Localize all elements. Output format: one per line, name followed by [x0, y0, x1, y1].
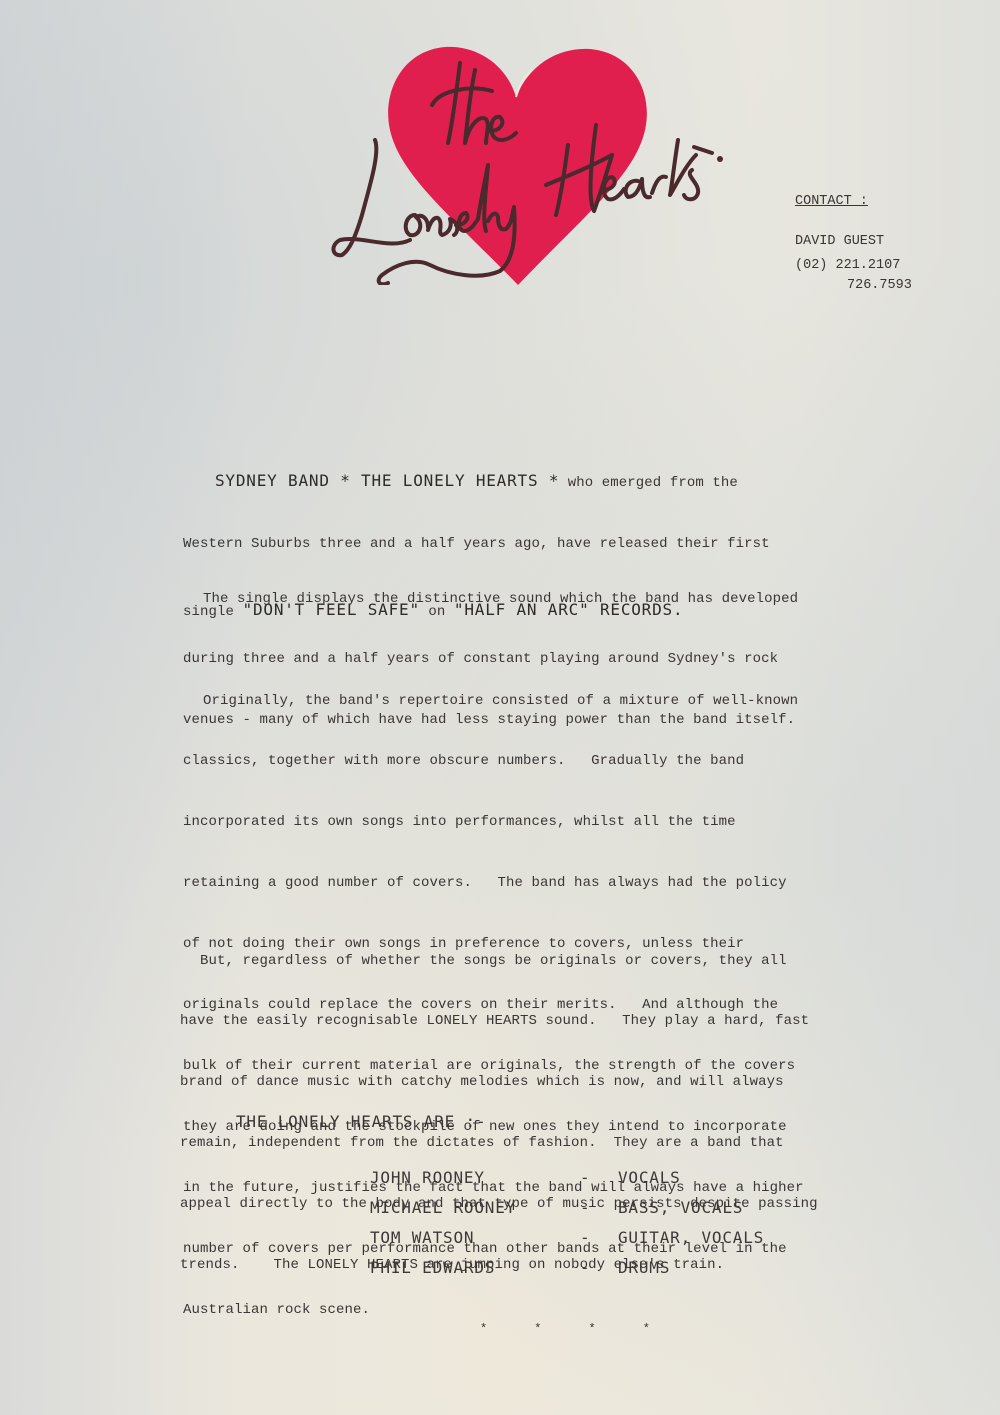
contact-phone-secondary: 726.7593 [795, 276, 912, 296]
member-role: VOCALS [618, 1163, 681, 1193]
member-role: GUITAR, VOCALS [618, 1223, 764, 1253]
member-row: TOM WATSON - GUITAR, VOCALS [370, 1223, 764, 1253]
intro-text: who emerged from the [559, 475, 738, 491]
intro-band-name: SYDNEY BAND * THE LONELY HEARTS * [215, 471, 559, 490]
member-role: BASS, VOCALS [618, 1193, 743, 1223]
paragraph-line: classics, together with more obscure num… [183, 751, 804, 771]
member-dash: - [580, 1163, 618, 1193]
member-dash: - [580, 1253, 618, 1283]
paragraph-line: The single displays the distinctive soun… [183, 589, 798, 609]
member-dash: - [580, 1193, 618, 1223]
member-name: PHIL EDWARDS [370, 1253, 580, 1283]
contact-name: DAVID GUEST [795, 232, 912, 252]
member-name: JOHN ROONEY [370, 1163, 580, 1193]
paragraph-line: have the easily recognisable LONELY HEAR… [180, 1011, 818, 1031]
contact-block: CONTACT : DAVID GUEST (02) 221.2107 726.… [795, 192, 912, 296]
paragraph-line: brand of dance music with catchy melodie… [180, 1072, 818, 1092]
paragraph-line: Originally, the band's repertoire consis… [183, 691, 804, 711]
asterisk-icon: * [480, 1322, 487, 1336]
heart-icon [320, 35, 740, 285]
contact-label: CONTACT : [795, 192, 912, 212]
member-row: PHIL EDWARDS - DRUMS [370, 1253, 764, 1283]
paragraph-line: retaining a good number of covers. The b… [183, 873, 804, 893]
member-row: MICHAEL ROONEY - BASS, VOCALS [370, 1193, 764, 1223]
member-role: DRUMS [618, 1253, 670, 1283]
band-logo [320, 35, 740, 285]
member-row: JOHN ROONEY - VOCALS [370, 1163, 764, 1193]
member-dash: - [580, 1223, 618, 1253]
members-list: JOHN ROONEY - VOCALS MICHAEL ROONEY - BA… [370, 1163, 764, 1283]
paragraph-line: Australian rock scene. [183, 1300, 804, 1320]
paragraph-line: But, regardless of whether the songs be … [180, 951, 818, 971]
asterisk-icon: * [643, 1322, 650, 1336]
paragraph-line: incorporated its own songs into performa… [183, 812, 804, 832]
contact-phone-primary: (02) 221.2107 [795, 256, 912, 276]
members-heading: THE LONELY HEARTS ARE :- [236, 1112, 486, 1131]
paragraph-line: remain, independent from the dictates of… [180, 1133, 818, 1153]
asterisk-icon: * [534, 1322, 541, 1336]
footer-separator: * * * * [480, 1322, 650, 1336]
member-name: TOM WATSON [370, 1223, 580, 1253]
member-name: MICHAEL ROONEY [370, 1193, 580, 1223]
asterisk-icon: * [589, 1322, 596, 1336]
